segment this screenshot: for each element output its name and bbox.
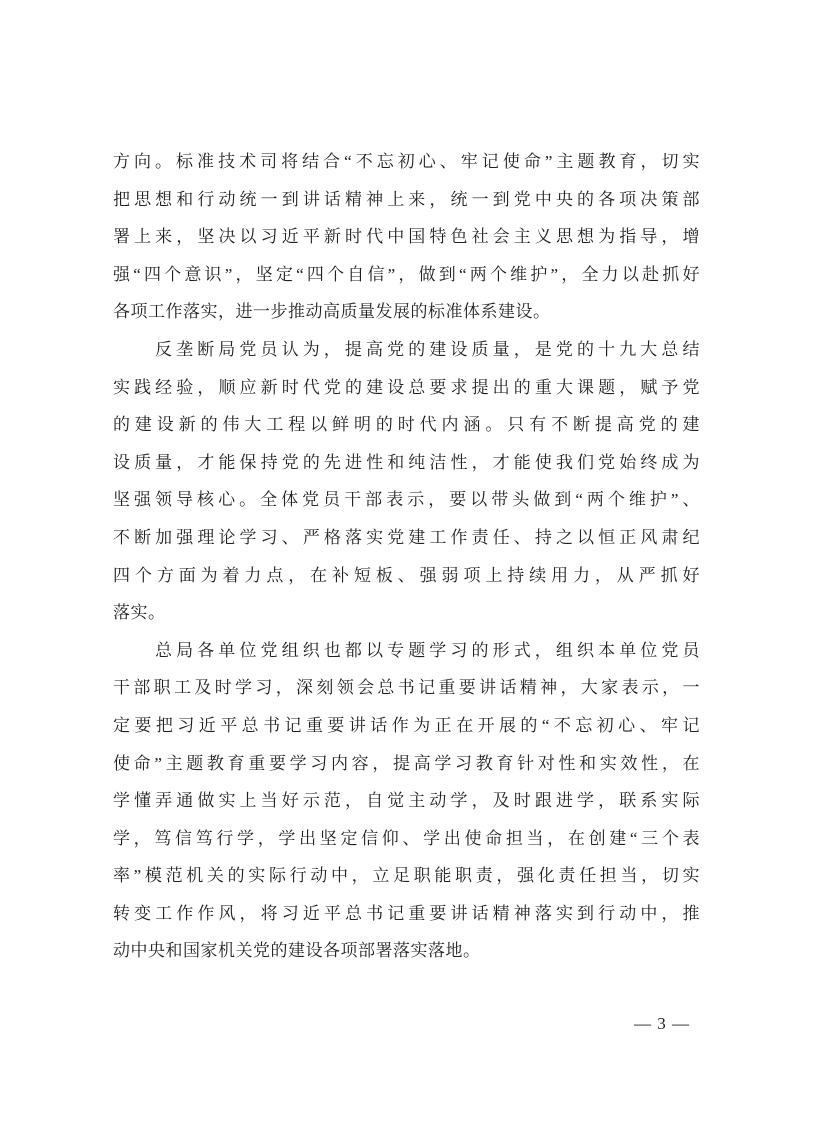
text-line: 干部职工及时学习，深刻领会总书记重要讲话精神，大家表示，一 xyxy=(113,669,700,707)
text-line: 把思想和行动统一到讲话精神上来，统一到党中央的各项决策部 xyxy=(113,181,700,219)
text-line: 率”模范机关的实际行动中，立足职能职责，强化责任担当，切实 xyxy=(113,857,700,895)
text-line: 使命”主题教育重要学习内容，提高学习教育针对性和实效性，在 xyxy=(113,745,700,783)
text-line: 强“四个意识”，坚定“四个自信”，做到“两个维护”，全力以赴抓好 xyxy=(113,256,700,294)
document-page: 方向。标准技术司将结合“不忘初心、牢记使命”主题教育，切实把思想和行动统一到讲话… xyxy=(0,0,816,1145)
text-line: 不断加强理论学习、严格落实党建工作责任、持之以恒正风肃纪 xyxy=(113,519,700,557)
text-line: 学，笃信笃行学，学出坚定信仰、学出使命担当，在创建“三个表 xyxy=(113,820,700,858)
text-line: 反垄断局党员认为，提高党的建设质量，是党的十九大总结 xyxy=(113,331,700,369)
paragraph-1: 方向。标准技术司将结合“不忘初心、牢记使命”主题教育，切实把思想和行动统一到讲话… xyxy=(113,143,700,331)
text-line: 总局各单位党组织也都以专题学习的形式，组织本单位党员 xyxy=(113,632,700,670)
text-line: 动中央和国家机关党的建设各项部署落实落地。 xyxy=(113,932,700,970)
text-line: 学懂弄通做实上当好示范，自觉主动学，及时跟进学，联系实际 xyxy=(113,782,700,820)
paragraph-2: 反垄断局党员认为，提高党的建设质量，是党的十九大总结实践经验，顺应新时代党的建设… xyxy=(113,331,700,632)
text-line: 各项工作落实，进一步推动高质量发展的标准体系建设。 xyxy=(113,293,700,331)
text-line: 四个方面为着力点，在补短板、强弱项上持续用力，从严抓好 xyxy=(113,557,700,595)
text-line: 署上来，坚决以习近平新时代中国特色社会主义思想为指导，增 xyxy=(113,218,700,256)
document-body: 方向。标准技术司将结合“不忘初心、牢记使命”主题教育，切实把思想和行动统一到讲话… xyxy=(113,143,700,970)
text-line: 定要把习近平总书记重要讲话作为正在开展的“不忘初心、牢记 xyxy=(113,707,700,745)
text-line: 落实。 xyxy=(113,594,700,632)
page-number: — 3 — xyxy=(634,1014,690,1034)
paragraph-3: 总局各单位党组织也都以专题学习的形式，组织本单位党员干部职工及时学习，深刻领会总… xyxy=(113,632,700,970)
text-line: 实践经验，顺应新时代党的建设总要求提出的重大课题，赋予党 xyxy=(113,369,700,407)
text-line: 转变工作作风，将习近平总书记重要讲话精神落实到行动中，推 xyxy=(113,895,700,933)
text-line: 的建设新的伟大工程以鲜明的时代内涵。只有不断提高党的建 xyxy=(113,406,700,444)
text-line: 设质量，才能保持党的先进性和纯洁性，才能使我们党始终成为 xyxy=(113,444,700,482)
text-line: 坚强领导核心。全体党员干部表示，要以带头做到“两个维护”、 xyxy=(113,481,700,519)
text-line: 方向。标准技术司将结合“不忘初心、牢记使命”主题教育，切实 xyxy=(113,143,700,181)
